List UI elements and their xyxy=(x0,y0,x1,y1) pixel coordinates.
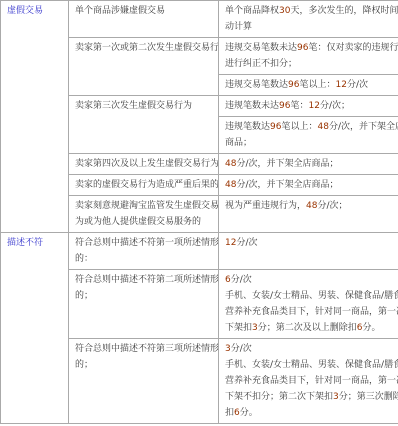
condition-cell: 卖家第四次及以上发生虚假交易行为 xyxy=(69,154,219,175)
table-row: 虚假交易 单个商品涉嫌虚假交易 单个商品降权30天，多次发生的，降权时间滚 动计… xyxy=(1,1,398,38)
penalty-rules-table: 虚假交易 单个商品涉嫌虚假交易 单个商品降权30天，多次发生的，降权时间滚 动计… xyxy=(0,0,398,424)
condition-cell: 卖家刻意规避淘宝监管发生虚假交易行 为或为他人提供虚假交易服务的 xyxy=(69,196,219,233)
penalty-cell: 违规交易笔数达96笔以上：12分/次 xyxy=(219,75,398,96)
rules-table-viewport: 虚假交易 单个商品涉嫌虚假交易 单个商品降权30天，多次发生的，降权时间滚 动计… xyxy=(0,0,398,426)
penalty-cell: 违规交易笔数未达96笔：仅对卖家的违规行为 进行纠正不扣分； xyxy=(219,38,398,75)
penalty-cell: 12分/次 xyxy=(219,233,398,270)
penalty-cell: 3分/次 手机、女装/女士精品、男装、保健食品/膳食 营养补充食品类目下，针对同… xyxy=(219,339,398,424)
penalty-cell: 48分/次，并下架全店商品； xyxy=(219,154,398,175)
condition-cell: 卖家的虚假交易行为造成严重后果的 xyxy=(69,175,219,196)
category-cell-fake-trading: 虚假交易 xyxy=(1,1,69,233)
penalty-cell: 6分/次 手机、女装/女士精品、男装、保健食品/膳食 营养补充食品类目下，针对同… xyxy=(219,270,398,339)
condition-cell: 卖家第一次或第二次发生虚假交易行为 xyxy=(69,38,219,96)
condition-cell: 符合总则中描述不符第二项所述情形 的； xyxy=(69,270,219,339)
penalty-cell: 违规笔数未达96笔：12分/次； xyxy=(219,96,398,117)
penalty-cell: 48分/次，并下架全店商品； xyxy=(219,175,398,196)
condition-cell: 符合总则中描述不符第一项所述情形 的： xyxy=(69,233,219,270)
penalty-cell: 违规笔数达96笔以上：48分/次，并下架全店 商品； xyxy=(219,117,398,154)
penalty-cell: 单个商品降权30天，多次发生的，降权时间滚 动计算 xyxy=(219,1,398,38)
penalty-cell: 视为严重违规行为，48分/次； xyxy=(219,196,398,233)
table-row: 描述不符 符合总则中描述不符第一项所述情形 的： 12分/次 xyxy=(1,233,398,270)
condition-cell: 卖家第三次发生虚假交易行为 xyxy=(69,96,219,154)
condition-cell: 符合总则中描述不符第三项所述情形 的； xyxy=(69,339,219,424)
category-cell-description-mismatch: 描述不符 xyxy=(1,233,69,424)
condition-cell: 单个商品涉嫌虚假交易 xyxy=(69,1,219,38)
